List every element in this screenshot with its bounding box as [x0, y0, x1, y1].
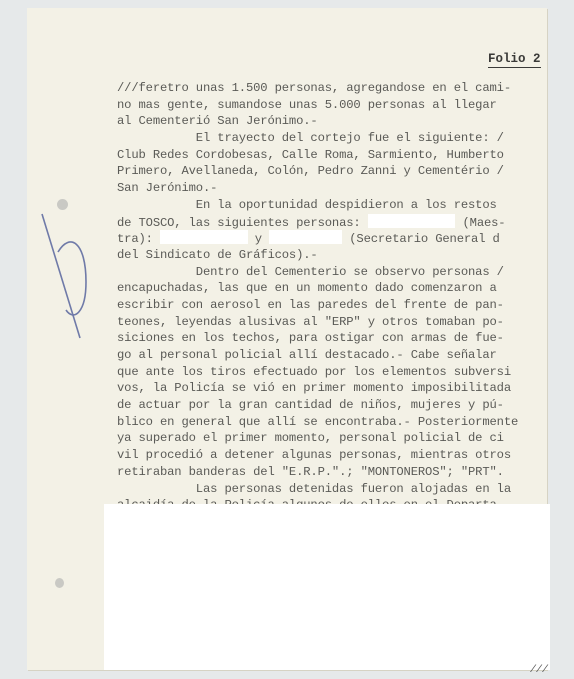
text-line: de actuar por la gran cantidad de niños,… — [117, 397, 569, 414]
text-line: que ante los tiros efectuado por los ele… — [117, 364, 569, 381]
text-segment: vos, la Policía se vió en primer momento… — [117, 381, 511, 395]
text-segment: El trayecto del cortejo fue el siguiente… — [117, 131, 504, 145]
text-segment: que ante los tiros efectuado por los ele… — [117, 365, 511, 379]
text-line: En la oportunidad despidieron a los rest… — [117, 197, 569, 214]
text-segment: de actuar por la gran cantidad de niños,… — [117, 398, 504, 412]
text-line: teones, leyendas alusivas al "ERP" y otr… — [117, 314, 569, 331]
punch-hole-top — [57, 199, 68, 210]
text-line: no mas gente, sumandose unas 5.000 perso… — [117, 97, 569, 114]
text-segment: (Secretario General d — [342, 232, 500, 246]
text-line: El trayecto del cortejo fue el siguiente… — [117, 130, 569, 147]
text-line: de TOSCO, las siguientes personas: (Maes… — [117, 214, 569, 231]
text-segment: teones, leyendas alusivas al "ERP" y otr… — [117, 315, 504, 329]
text-line: siciones en los techos, para ostigar con… — [117, 330, 569, 347]
text-segment: escribir con aerosol en las paredes del … — [117, 298, 504, 312]
folio-number: Folio 2 — [488, 53, 541, 68]
text-segment: (Maes- — [455, 216, 505, 230]
redacted-block — [104, 504, 550, 670]
text-segment: Dentro del Cementerio se observo persona… — [117, 265, 504, 279]
text-segment: al Cementerió San Jerónimo.- — [117, 114, 318, 128]
text-segment: Primero, Avellaneda, Colón, Pedro Zanni … — [117, 164, 504, 178]
redacted-name — [269, 230, 342, 244]
document-body: ///feretro unas 1.500 personas, agregand… — [117, 80, 569, 531]
text-line: San Jerónimo.- — [117, 180, 569, 197]
text-line: Primero, Avellaneda, Colón, Pedro Zanni … — [117, 163, 569, 180]
text-line: Las personas detenidas fueron alojadas e… — [117, 481, 569, 498]
text-line: go al personal policial allí destacado.-… — [117, 347, 569, 364]
text-line: blico en general que allí se encontraba.… — [117, 414, 569, 431]
text-segment: retiraban banderas del "E.R.P.".; "MONTO… — [117, 465, 504, 479]
text-segment: y — [248, 232, 270, 246]
text-line: vil procedió a detener algunas personas,… — [117, 447, 569, 464]
text-line: Club Redes Cordobesas, Calle Roma, Sarmi… — [117, 147, 569, 164]
text-segment: del Sindicato de Gráficos).- — [117, 248, 318, 262]
text-segment: siciones en los techos, para ostigar con… — [117, 331, 504, 345]
handwritten-annotation-icon — [38, 212, 93, 342]
text-line: Dentro del Cementerio se observo persona… — [117, 264, 569, 281]
text-segment: ya superado el primer momento, personal … — [117, 431, 504, 445]
text-line: ///feretro unas 1.500 personas, agregand… — [117, 80, 569, 97]
text-segment: vil procedió a detener algunas personas,… — [117, 448, 511, 462]
text-line: retiraban banderas del "E.R.P.".; "MONTO… — [117, 464, 569, 481]
redacted-name — [160, 230, 248, 244]
punch-hole-bottom — [55, 578, 64, 588]
text-segment: tra): — [117, 232, 160, 246]
text-line: ya superado el primer momento, personal … — [117, 430, 569, 447]
text-segment: Las personas detenidas fueron alojadas e… — [117, 482, 511, 496]
text-segment: San Jerónimo.- — [117, 181, 217, 195]
redacted-name — [368, 214, 456, 228]
text-line: encapuchadas, las que en un momento dado… — [117, 280, 569, 297]
text-segment: de TOSCO, las siguientes personas: — [117, 216, 368, 230]
text-segment: ///feretro unas 1.500 personas, agregand… — [117, 81, 511, 95]
text-line: tra): y (Secretario General d — [117, 230, 569, 247]
text-segment: En la oportunidad despidieron a los rest… — [117, 198, 497, 212]
text-line: escribir con aerosol en las paredes del … — [117, 297, 569, 314]
page-end-mark: /// — [530, 665, 548, 676]
text-line: vos, la Policía se vió en primer momento… — [117, 380, 569, 397]
text-segment: blico en general que allí se encontraba.… — [117, 415, 518, 429]
text-segment: no mas gente, sumandose unas 5.000 perso… — [117, 98, 497, 112]
text-segment: encapuchadas, las que en un momento dado… — [117, 281, 497, 295]
text-segment: Club Redes Cordobesas, Calle Roma, Sarmi… — [117, 148, 504, 162]
text-segment: go al personal policial allí destacado.-… — [117, 348, 497, 362]
text-line: al Cementerió San Jerónimo.- — [117, 113, 569, 130]
text-line: del Sindicato de Gráficos).- — [117, 247, 569, 264]
